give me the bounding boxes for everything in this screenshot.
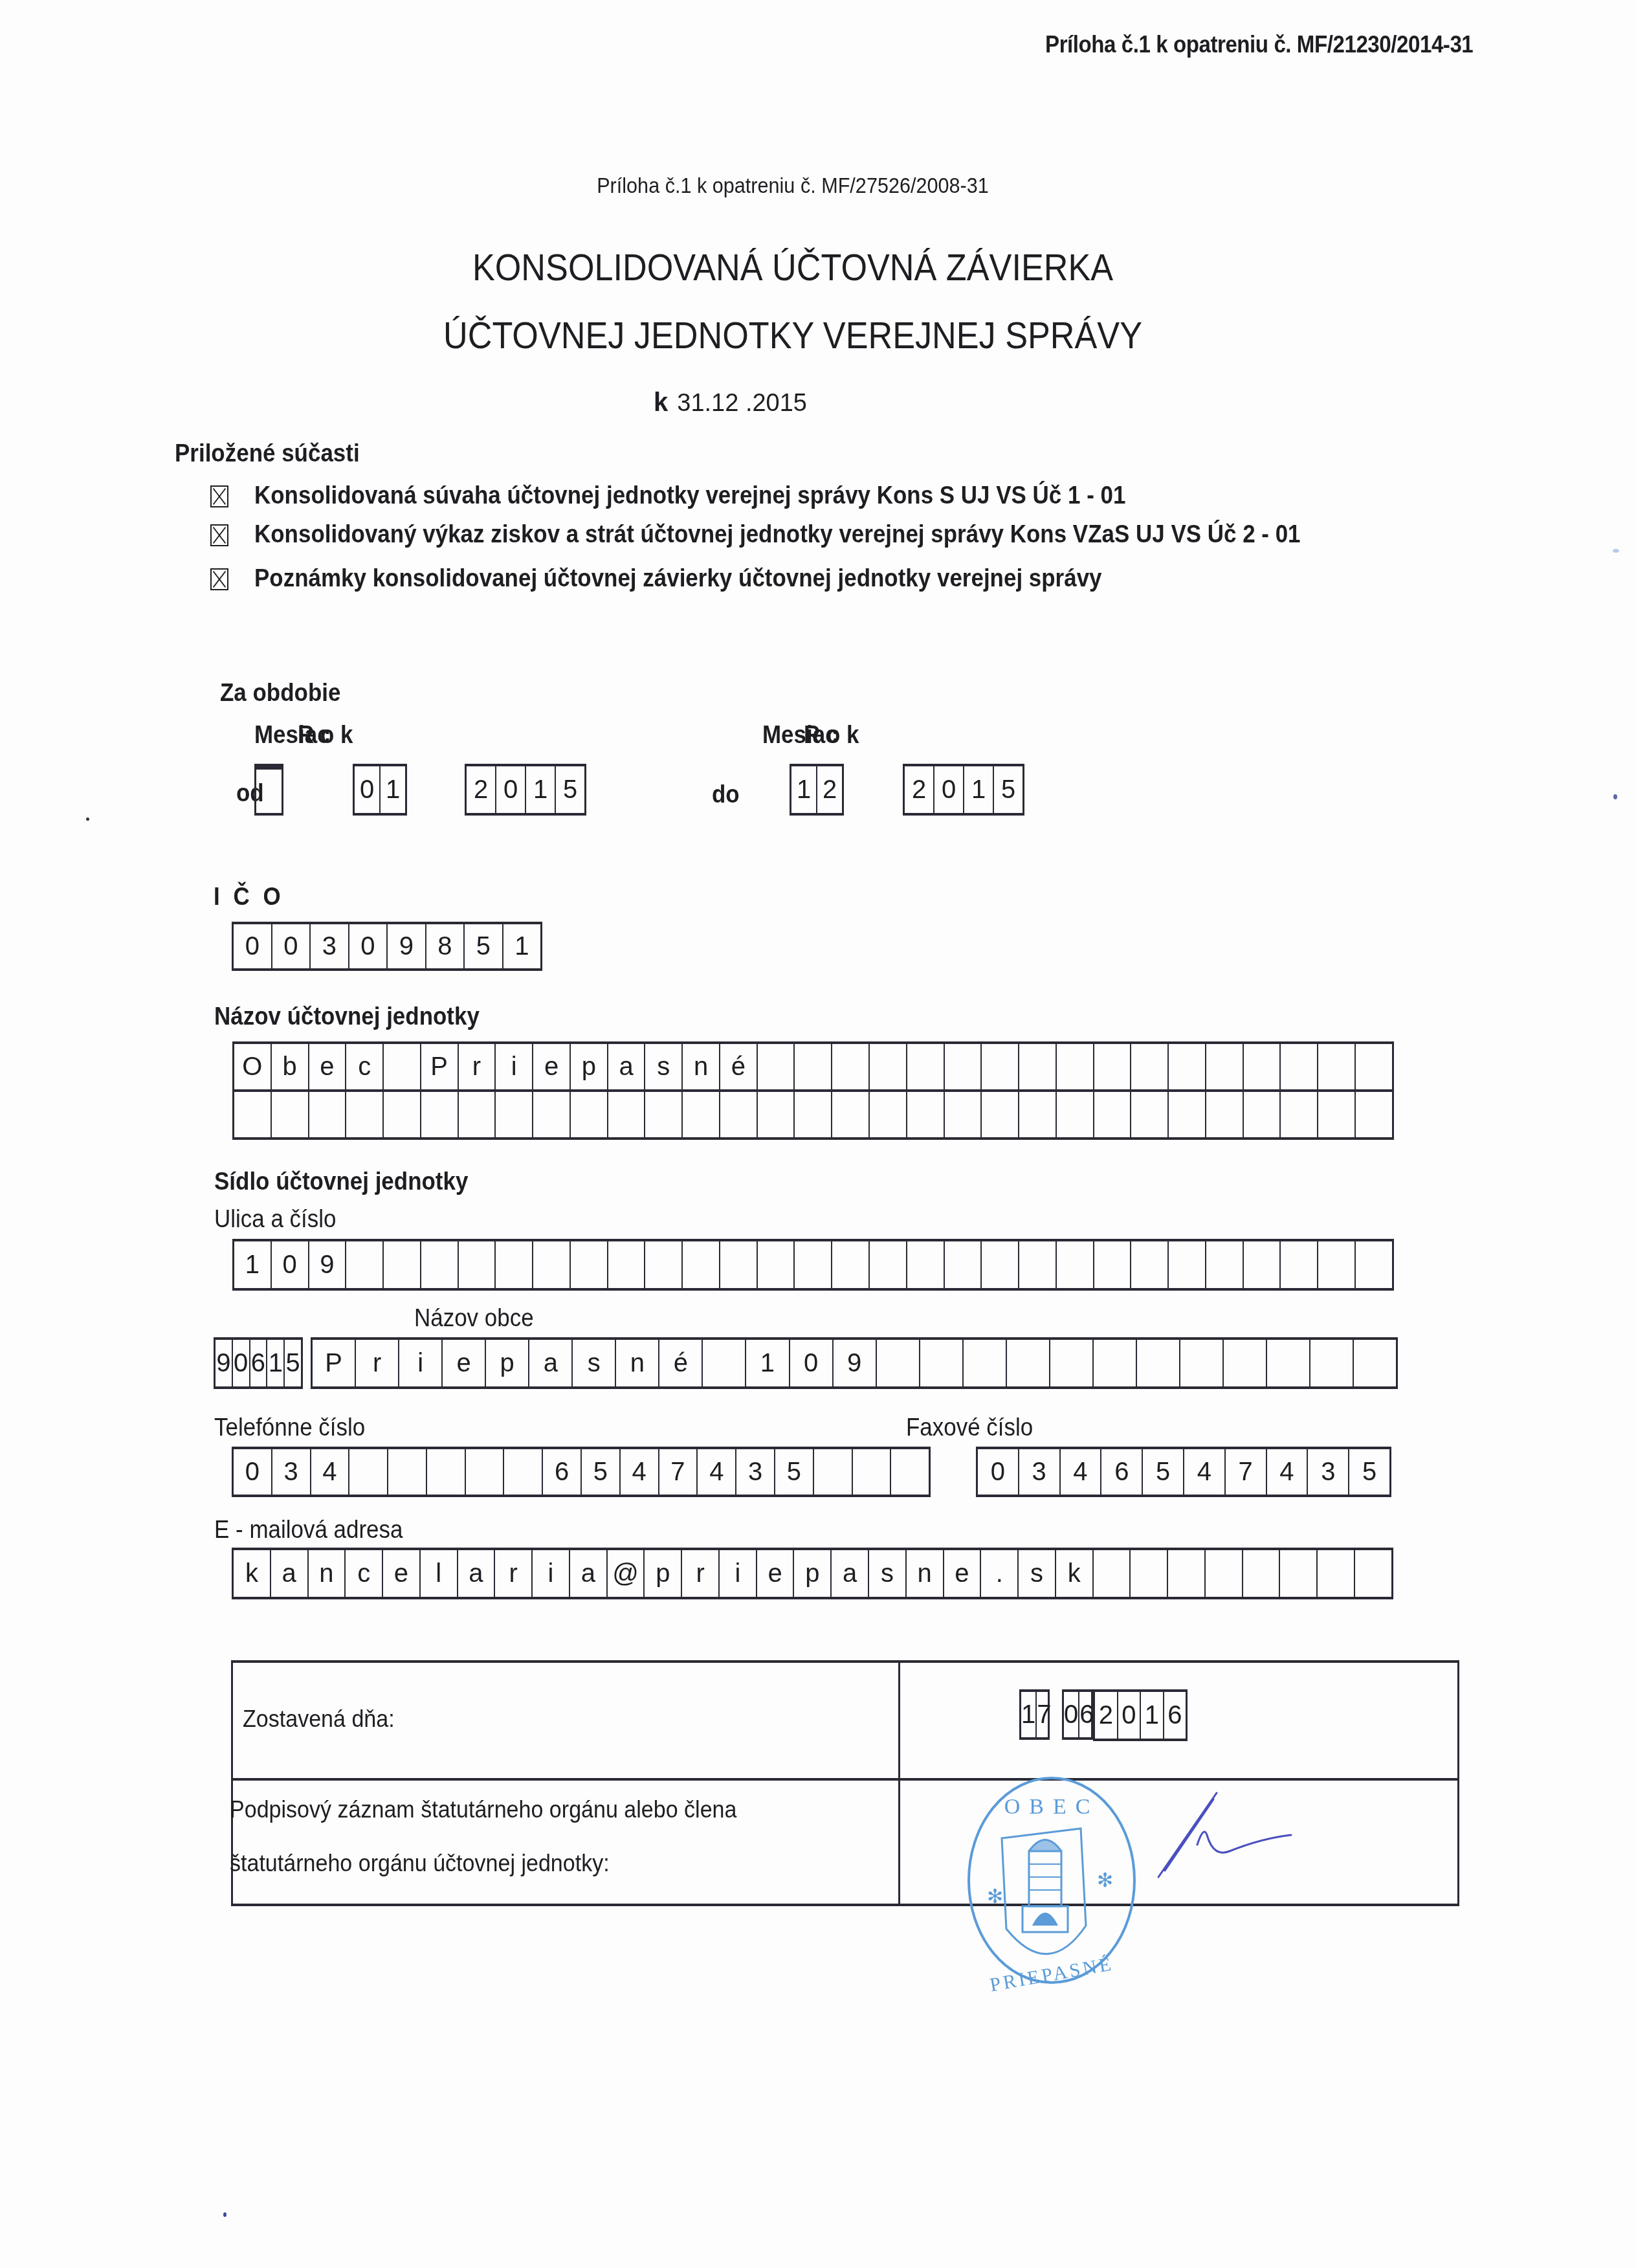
char-box[interactable]: [645, 1092, 683, 1137]
char-box[interactable]: 5: [1349, 1449, 1389, 1495]
municipal-stamp-icon: OBEC ✻ ✻ PRIEPASNÉ: [964, 1773, 1139, 1994]
char-box[interactable]: [1354, 1340, 1396, 1386]
char-box[interactable]: i: [496, 1044, 533, 1089]
char-box[interactable]: 7: [1226, 1449, 1267, 1495]
char-box[interactable]: [982, 1044, 1019, 1089]
scan-speck: [1613, 549, 1619, 553]
town-field[interactable]: Priepasné109: [311, 1337, 1398, 1389]
char-box[interactable]: [683, 1092, 720, 1137]
compiled-day-field[interactable]: 17: [1019, 1689, 1050, 1740]
char-box[interactable]: 5: [775, 1449, 814, 1495]
phone-label: Telefónne číslo: [214, 1414, 365, 1442]
char-box[interactable]: [645, 1241, 683, 1288]
title-line-1: KONSOLIDOVANÁ ÚČTOVNÁ ZÁVIERKA: [80, 246, 1507, 289]
char-box[interactable]: [1281, 1241, 1318, 1288]
char-box[interactable]: [533, 1092, 571, 1137]
char-box[interactable]: 4: [621, 1449, 659, 1495]
char-box[interactable]: @: [608, 1550, 645, 1597]
attachment-item-notes[interactable]: Poznámky konsolidovanej účtovnej závierk…: [210, 565, 1175, 593]
char-box[interactable]: [1019, 1092, 1057, 1137]
from-year-label: R o k: [298, 722, 353, 750]
char-box[interactable]: [1019, 1044, 1057, 1089]
char-box[interactable]: O: [234, 1044, 272, 1089]
char-box[interactable]: 5: [556, 766, 584, 813]
char-box[interactable]: [459, 1092, 496, 1137]
attachment-item-balance-sheet[interactable]: Konsolidovaná súvaha účtovnej jednotky v…: [210, 482, 1202, 510]
char-box[interactable]: 1: [746, 1340, 790, 1386]
char-box[interactable]: l: [421, 1550, 458, 1597]
to-month-boxes[interactable]: 12: [790, 764, 844, 816]
char-box[interactable]: [1310, 1340, 1354, 1386]
svg-text:✻: ✻: [987, 1886, 1003, 1907]
char-box[interactable]: [683, 1241, 720, 1288]
char-box[interactable]: [466, 1449, 505, 1495]
char-box[interactable]: 2: [467, 766, 496, 813]
char-box[interactable]: i: [533, 1550, 570, 1597]
char-box[interactable]: 9: [834, 1340, 877, 1386]
char-box[interactable]: e: [443, 1340, 486, 1386]
char-box[interactable]: [1281, 1092, 1318, 1137]
char-box[interactable]: [1356, 1044, 1392, 1089]
char-box[interactable]: 0: [1118, 1692, 1142, 1739]
char-box[interactable]: 0: [1064, 1692, 1079, 1737]
compiled-year-field[interactable]: 2016: [1093, 1689, 1188, 1741]
svg-text:✻: ✻: [1097, 1870, 1113, 1891]
email-label: E - mailová adresa: [214, 1517, 403, 1544]
char-box[interactable]: 3: [1019, 1449, 1061, 1495]
char-box[interactable]: [1224, 1340, 1267, 1386]
char-box[interactable]: r: [459, 1044, 496, 1089]
char-box[interactable]: [384, 1044, 421, 1089]
char-box[interactable]: 3: [311, 924, 349, 968]
char-box[interactable]: [388, 1449, 427, 1495]
char-box[interactable]: 0: [272, 1241, 309, 1288]
char-box[interactable]: p: [571, 1044, 608, 1089]
from-year-boxes[interactable]: 2015: [465, 764, 586, 816]
scan-speck: [1613, 794, 1617, 799]
char-box[interactable]: 3: [272, 1449, 311, 1495]
table-divider-vertical: [898, 1663, 900, 1904]
ico-field[interactable]: 00309851: [232, 922, 542, 971]
placeholder: [255, 764, 283, 770]
char-box[interactable]: 1: [1141, 1692, 1164, 1739]
char-box[interactable]: s: [1019, 1550, 1056, 1597]
char-box[interactable]: [1131, 1092, 1169, 1137]
char-box[interactable]: [1206, 1092, 1244, 1137]
char-box[interactable]: [832, 1044, 870, 1089]
char-box[interactable]: [1318, 1092, 1356, 1137]
char-box[interactable]: [1318, 1550, 1355, 1597]
char-box[interactable]: 5: [994, 766, 1022, 813]
char-box[interactable]: b: [272, 1044, 309, 1089]
char-box[interactable]: 4: [1184, 1449, 1226, 1495]
char-box[interactable]: e: [309, 1044, 347, 1089]
char-box[interactable]: [853, 1449, 892, 1495]
entity-name-label: Názov účtovnej jednotky: [214, 1003, 480, 1031]
attachment-label: Poznámky konsolidovanej účtovnej závierk…: [254, 565, 1102, 593]
checkbox-checked-icon[interactable]: [210, 568, 228, 590]
char-box[interactable]: a: [529, 1340, 573, 1386]
char-box[interactable]: [1318, 1044, 1356, 1089]
char-box[interactable]: P: [313, 1340, 356, 1386]
char-box[interactable]: 0: [349, 924, 388, 968]
to-year-label: R o k: [804, 722, 859, 750]
char-box[interactable]: [1137, 1340, 1180, 1386]
stamp-text-bottom: PRIEPASNÉ: [988, 1953, 1115, 1994]
char-box[interactable]: [795, 1044, 832, 1089]
char-box[interactable]: [346, 1092, 384, 1137]
char-box[interactable]: 3: [736, 1449, 775, 1495]
char-box[interactable]: a: [458, 1550, 496, 1597]
char-box[interactable]: [1244, 1044, 1281, 1089]
char-box[interactable]: é: [659, 1340, 703, 1386]
table-divider-horizontal: [233, 1778, 1457, 1781]
char-box[interactable]: s: [869, 1550, 907, 1597]
char-box[interactable]: 0: [272, 924, 311, 968]
to-year-boxes[interactable]: 2015: [903, 764, 1024, 816]
char-box[interactable]: [1169, 1241, 1206, 1288]
char-box[interactable]: c: [346, 1044, 384, 1089]
char-box[interactable]: [703, 1340, 746, 1386]
char-box[interactable]: [608, 1241, 646, 1288]
char-box[interactable]: [1094, 1044, 1132, 1089]
char-box[interactable]: [1280, 1550, 1318, 1597]
char-box[interactable]: [832, 1241, 870, 1288]
char-box[interactable]: 6: [1164, 1692, 1186, 1739]
char-box[interactable]: 4: [1061, 1449, 1102, 1495]
as-of-date: k31.12 .2015: [654, 388, 807, 417]
char-box[interactable]: [870, 1044, 907, 1089]
char-box[interactable]: é: [720, 1044, 758, 1089]
char-box[interactable]: [1094, 1340, 1137, 1386]
char-box[interactable]: [309, 1092, 347, 1137]
char-box[interactable]: 1: [791, 766, 817, 813]
char-box[interactable]: a: [832, 1550, 869, 1597]
char-box[interactable]: i: [399, 1340, 443, 1386]
checkbox-checked-icon[interactable]: [210, 485, 228, 507]
char-box[interactable]: [234, 1092, 272, 1137]
char-box[interactable]: 0: [978, 1449, 1019, 1495]
char-box[interactable]: e: [757, 1550, 795, 1597]
char-box[interactable]: [1244, 1241, 1281, 1288]
char-box[interactable]: [870, 1241, 907, 1288]
char-box[interactable]: n: [907, 1550, 944, 1597]
fax-label: Faxové číslo: [906, 1414, 1033, 1442]
char-box[interactable]: 2: [1095, 1692, 1118, 1739]
char-box[interactable]: [1057, 1044, 1094, 1089]
char-box[interactable]: [982, 1241, 1019, 1288]
char-box[interactable]: [496, 1092, 533, 1137]
signature-label-line-2: štatutárneho orgánu účtovnej jednotky:: [230, 1850, 610, 1877]
char-box[interactable]: r: [682, 1550, 720, 1597]
annex-header-top: Príloha č.1 k opatreniu č. MF/21230/2014…: [1045, 31, 1473, 58]
title-line-2: ÚČTOVNEJ JEDNOTKY VEREJNEJ SPRÁVY: [80, 314, 1507, 357]
char-box[interactable]: [1094, 1550, 1131, 1597]
char-box[interactable]: [349, 1449, 388, 1495]
char-box[interactable]: [795, 1241, 832, 1288]
char-box[interactable]: [459, 1241, 496, 1288]
scan-speck: [86, 817, 89, 821]
char-box[interactable]: [945, 1092, 982, 1137]
char-box[interactable]: n: [309, 1550, 346, 1597]
annex-header-sub: Príloha č.1 k opatreniu č. MF/27526/2008…: [80, 173, 1507, 199]
fax-field[interactable]: 0346547435: [976, 1447, 1391, 1497]
char-box[interactable]: [1094, 1092, 1132, 1137]
to-label: do: [712, 781, 740, 809]
char-box[interactable]: [1057, 1241, 1094, 1288]
compiled-date-label: Zostavená dňa:: [243, 1706, 395, 1733]
char-box[interactable]: [945, 1044, 982, 1089]
entity-name-row-1[interactable]: ObecPriepasné: [232, 1041, 1394, 1092]
char-box[interactable]: [891, 1449, 929, 1495]
char-box[interactable]: [571, 1092, 608, 1137]
char-box[interactable]: [907, 1241, 945, 1288]
seat-heading: Sídlo účtovnej jednotky: [214, 1168, 468, 1196]
char-box[interactable]: [1169, 1092, 1206, 1137]
street-label: Ulica a číslo: [214, 1206, 336, 1234]
street-field[interactable]: 109: [232, 1239, 1394, 1291]
char-box[interactable]: 2: [817, 766, 842, 813]
compiled-month-field[interactable]: 06: [1062, 1689, 1093, 1740]
char-box[interactable]: 6: [1101, 1449, 1143, 1495]
char-box[interactable]: 4: [698, 1449, 736, 1495]
attachments-heading: Priložené súčasti: [175, 440, 360, 468]
char-box[interactable]: [571, 1241, 608, 1288]
char-box[interactable]: i: [720, 1550, 757, 1597]
char-box[interactable]: [1168, 1550, 1206, 1597]
char-box[interactable]: [1131, 1550, 1168, 1597]
scan-speck: [223, 2212, 227, 2217]
char-box[interactable]: [907, 1044, 945, 1089]
char-box[interactable]: [1244, 1092, 1281, 1137]
char-box[interactable]: 6: [1079, 1692, 1094, 1737]
char-box[interactable]: e: [383, 1550, 421, 1597]
char-box[interactable]: [1318, 1241, 1356, 1288]
char-box[interactable]: 0: [233, 1340, 250, 1386]
char-box[interactable]: [1057, 1092, 1094, 1137]
char-box[interactable]: 1: [234, 1241, 272, 1288]
char-box[interactable]: s: [645, 1044, 683, 1089]
char-box[interactable]: [1131, 1241, 1169, 1288]
char-box[interactable]: 6: [543, 1449, 582, 1495]
char-box[interactable]: 1: [267, 1340, 285, 1386]
char-box[interactable]: 3: [1308, 1449, 1349, 1495]
char-box[interactable]: k: [1056, 1550, 1094, 1597]
char-box[interactable]: [1281, 1044, 1318, 1089]
char-box[interactable]: 9: [388, 924, 426, 968]
char-box[interactable]: [1180, 1340, 1224, 1386]
char-box[interactable]: 1: [381, 766, 405, 813]
char-box[interactable]: [1243, 1550, 1281, 1597]
char-box[interactable]: [421, 1092, 459, 1137]
char-box[interactable]: 0: [234, 1449, 272, 1495]
email-field[interactable]: kancelaria@priepasne.sk: [232, 1548, 1393, 1599]
char-box[interactable]: n: [616, 1340, 659, 1386]
char-box[interactable]: 5: [465, 924, 503, 968]
attachment-label: Konsolidovaná súvaha účtovnej jednotky v…: [254, 482, 1125, 510]
char-box[interactable]: [907, 1092, 945, 1137]
char-box[interactable]: 2: [905, 766, 934, 813]
char-box[interactable]: [1007, 1340, 1050, 1386]
char-box[interactable]: [758, 1241, 795, 1288]
char-box[interactable]: 4: [311, 1449, 350, 1495]
char-box[interactable]: [870, 1092, 907, 1137]
char-box[interactable]: [720, 1241, 758, 1288]
char-box[interactable]: p: [645, 1550, 682, 1597]
char-box[interactable]: a: [570, 1550, 608, 1597]
char-box[interactable]: [1169, 1044, 1206, 1089]
char-box[interactable]: [964, 1340, 1007, 1386]
char-box[interactable]: [795, 1092, 832, 1137]
char-box[interactable]: [877, 1340, 920, 1386]
char-box[interactable]: [384, 1092, 421, 1137]
char-box[interactable]: r: [495, 1550, 533, 1597]
char-box[interactable]: 8: [426, 924, 465, 968]
char-box[interactable]: r: [356, 1340, 399, 1386]
char-box[interactable]: [496, 1241, 533, 1288]
char-box[interactable]: [533, 1241, 571, 1288]
char-box[interactable]: 9: [309, 1241, 347, 1288]
char-box[interactable]: [832, 1092, 870, 1137]
char-box[interactable]: [1206, 1550, 1243, 1597]
postal-code-field[interactable]: 90615: [214, 1337, 303, 1389]
char-box[interactable]: a: [608, 1044, 646, 1089]
from-month-boxes[interactable]: 01: [353, 764, 407, 816]
town-label: Názov obce: [414, 1305, 534, 1333]
ico-label: I Č O: [214, 884, 284, 911]
char-box[interactable]: n: [683, 1044, 720, 1089]
char-box[interactable]: [1206, 1044, 1244, 1089]
checkbox-checked-icon[interactable]: [210, 524, 228, 546]
char-box[interactable]: [1356, 1092, 1392, 1137]
char-box[interactable]: [384, 1241, 421, 1288]
char-box[interactable]: [1206, 1241, 1244, 1288]
char-box[interactable]: e: [944, 1550, 982, 1597]
char-box[interactable]: [1019, 1241, 1057, 1288]
char-box[interactable]: 5: [1143, 1449, 1184, 1495]
char-box[interactable]: 1: [1021, 1692, 1037, 1737]
char-box[interactable]: [920, 1340, 964, 1386]
char-box[interactable]: [1050, 1340, 1094, 1386]
char-box[interactable]: [814, 1449, 853, 1495]
char-box[interactable]: s: [573, 1340, 616, 1386]
char-box[interactable]: [982, 1092, 1019, 1137]
char-box[interactable]: [758, 1092, 795, 1137]
char-box[interactable]: [421, 1241, 459, 1288]
char-box[interactable]: [272, 1092, 309, 1137]
as-of-date-value: 31.12 .2015: [677, 390, 807, 417]
char-box[interactable]: 1: [964, 766, 994, 813]
char-box[interactable]: 9: [216, 1340, 233, 1386]
period-heading: Za obdobie: [220, 680, 340, 707]
char-box[interactable]: [427, 1449, 466, 1495]
char-box[interactable]: 0: [496, 766, 526, 813]
char-box[interactable]: a: [271, 1550, 309, 1597]
char-box[interactable]: 4: [1267, 1449, 1309, 1495]
char-box[interactable]: 5: [285, 1340, 301, 1386]
char-box[interactable]: 0: [355, 766, 381, 813]
char-box[interactable]: [1131, 1044, 1169, 1089]
char-box[interactable]: [1355, 1550, 1391, 1597]
signature-icon: [1152, 1786, 1314, 1884]
char-box[interactable]: 5: [582, 1449, 621, 1495]
char-box[interactable]: [346, 1241, 384, 1288]
entity-name-row-2[interactable]: [232, 1089, 1394, 1140]
char-box[interactable]: 1: [526, 766, 556, 813]
from-month-field[interactable]: [254, 764, 283, 816]
stamp-text-top: OBEC: [1004, 1795, 1100, 1819]
char-box[interactable]: [608, 1092, 646, 1137]
attachment-item-income-statement[interactable]: Konsolidovaný výkaz ziskov a strát účtov…: [210, 521, 1391, 549]
char-box[interactable]: 7: [1037, 1692, 1051, 1737]
char-box[interactable]: 0: [790, 1340, 834, 1386]
char-box[interactable]: [1094, 1241, 1132, 1288]
char-box[interactable]: c: [346, 1550, 383, 1597]
char-box[interactable]: [1356, 1241, 1392, 1288]
char-box[interactable]: [758, 1044, 795, 1089]
as-of-prefix: k: [654, 388, 668, 417]
char-box[interactable]: 6: [250, 1340, 268, 1386]
char-box[interactable]: 0: [934, 766, 964, 813]
char-box[interactable]: k: [234, 1550, 271, 1597]
char-box[interactable]: P: [421, 1044, 459, 1089]
char-box[interactable]: 1: [503, 924, 541, 968]
attachment-label: Konsolidovaný výkaz ziskov a strát účtov…: [254, 521, 1301, 549]
char-box[interactable]: [720, 1092, 758, 1137]
phone-field[interactable]: 0346547435: [232, 1447, 931, 1497]
char-box[interactable]: .: [981, 1550, 1019, 1597]
char-box[interactable]: [1267, 1340, 1310, 1386]
char-box[interactable]: 0: [234, 924, 272, 968]
char-box[interactable]: e: [533, 1044, 571, 1089]
char-box[interactable]: p: [486, 1340, 529, 1386]
char-box[interactable]: 7: [659, 1449, 698, 1495]
char-box[interactable]: p: [794, 1550, 832, 1597]
char-box[interactable]: [945, 1241, 982, 1288]
signature-label-line-1: Podpisový záznam štatutárneho orgánu ale…: [230, 1796, 736, 1823]
char-box[interactable]: [504, 1449, 543, 1495]
